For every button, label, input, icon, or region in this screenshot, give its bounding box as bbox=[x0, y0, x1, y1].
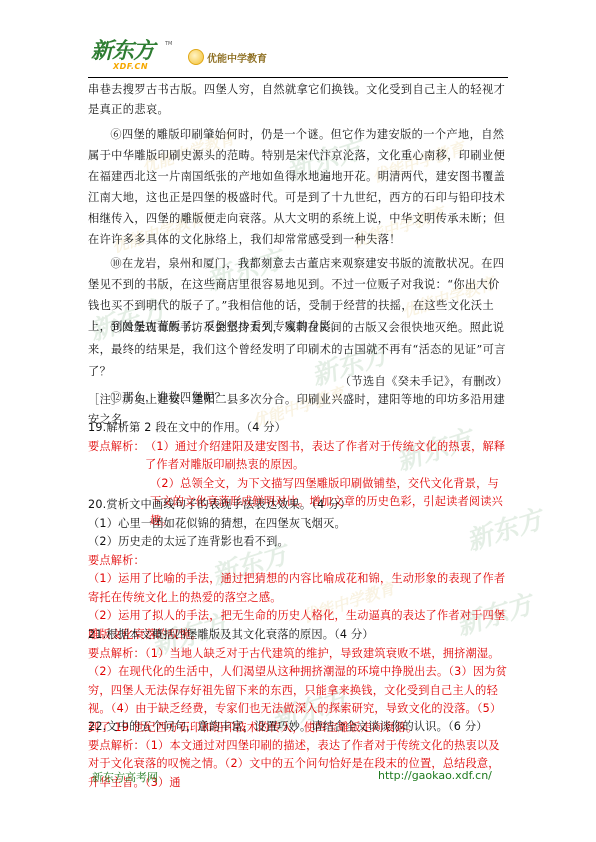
header-divider bbox=[88, 77, 508, 78]
question-prompt: 21.根据本文概括四堡雕版及其文化衰落的原因。（4 分） bbox=[88, 626, 508, 645]
passage-continued: 串巷去搜罗古书古版。四堡人穷，自然就拿它们换钱。文化受到自己主人的轻视才是真正的… bbox=[88, 80, 508, 120]
footer-url-link[interactable]: http://gaokao.xdf.cn/ bbox=[378, 769, 492, 782]
trademark-mark: TM bbox=[165, 41, 172, 47]
answer-block: 要点解析： （1）通过介绍建阳及建安图书，表达了作者对于传统文化的热衷，解释了作… bbox=[88, 438, 508, 475]
youneng-logo-text: 优能中学教育 bbox=[207, 50, 267, 65]
source-citation: （节选自《癸未手记》，有删改） bbox=[88, 372, 508, 392]
answer-label: 要点解析： bbox=[88, 438, 145, 475]
question-prompt: 22.文中的五个问句，意韵丰富，设置巧妙。请结合全文谈谈你的认识。（6 分） bbox=[88, 718, 508, 737]
document-page: 新东方 XDF.CN TM 优能中学教育 新东方 优能中学教育 优能中学教育 优… bbox=[0, 0, 596, 842]
page-header: 新东方 XDF.CN TM 优能中学教育 bbox=[88, 38, 508, 74]
sub-item: （1）心里一团如花似锦的猜想，在四堡灰飞烟灭。 bbox=[88, 515, 508, 534]
paragraph-continued: 串巷去搜罗古书古版。四堡人穷，自然就拿它们换钱。文化受到自己主人的轻视才是真正的… bbox=[88, 80, 508, 120]
question-prompt: 20.赏析文中画线句子的表现手法表达效果。（4 分） bbox=[88, 496, 508, 515]
question-20: 20.赏析文中画线句子的表现手法表达效果。（4 分） （1）心里一团如花似锦的猜… bbox=[88, 496, 508, 644]
sub-item: （2）历史走的太远了连背影也看不到。 bbox=[88, 533, 508, 552]
xdf-logo-subtext: XDF.CN bbox=[113, 62, 148, 71]
answer-label: 要点解析： bbox=[88, 552, 508, 571]
answer-item: （1）运用了比喻的手法，通过把猜想的内容比喻成花和锦，生动形象的表现了作者寄托在… bbox=[88, 570, 508, 607]
answer-label: 要点解析： bbox=[88, 647, 145, 660]
answer-item: （1）通过介绍建阳及建安图书，表达了作者对于传统文化的热衷，解释了作者对雕版印刷… bbox=[145, 438, 508, 475]
passage-body: ⑥四堡的雕版印刷肇始何时，仍是一个谜。但它作为建安版的一个产地，自然属于中华雕版… bbox=[88, 124, 508, 250]
youneng-emblem-icon bbox=[188, 49, 204, 65]
xdf-logo: 新东方 XDF.CN TM bbox=[91, 41, 169, 71]
footer-site-name: 新东方高考网 bbox=[92, 769, 158, 785]
youneng-logo: 优能中学教育 bbox=[188, 48, 267, 66]
question-prompt: 19.解析第 2 段在文中的作用。（4 分） bbox=[88, 419, 508, 438]
answer-label: 要点解析： bbox=[88, 739, 145, 752]
xdf-logo-text: 新东方 bbox=[91, 41, 169, 63]
source-line: （节选自《癸未手记》，有删改） bbox=[88, 372, 508, 392]
paragraph-9: ⑥四堡的雕版印刷肇始何时，仍是一个谜。但它作为建安版的一个产地，自然属于中华雕版… bbox=[88, 124, 508, 250]
